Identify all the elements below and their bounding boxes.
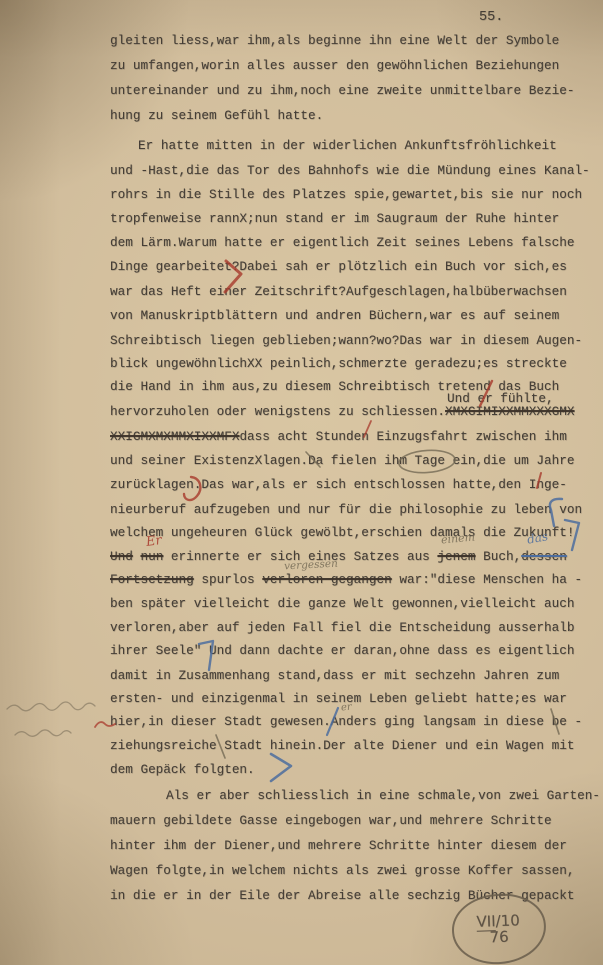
typescript-line: hervorzuholen oder wenigstens zu schlies… — [110, 404, 574, 420]
blue-chevron-folgten — [271, 754, 291, 781]
manuscript-page: 55. gleiten liess,war ihm,als beginne ih… — [0, 0, 603, 965]
typed-text: rohrs in die Stille des Platzes spie,gew… — [110, 187, 582, 202]
struck-text: nun — [140, 549, 163, 564]
typescript-line: ersten- und einzigenmal in seinem Leben … — [110, 691, 567, 707]
stamp-line-2: 76 — [490, 929, 510, 946]
typed-text: ziehungsreiche Stadt hinein.Der alte Die… — [110, 738, 574, 753]
typescript-line: verloren,aber auf jeden Fall fiel die En… — [110, 620, 574, 636]
typescript-line: blick ungewöhnlichXX peinlich,schmerzte … — [110, 356, 567, 372]
typed-text: welchem ungeheuren Glück gewölbt,erschie… — [110, 525, 574, 540]
typescript-line: tropfenweise rannX;nun stand er im Saugr… — [110, 211, 559, 227]
typescript-line: hier,in dieser Stadt gewesen.Anders ging… — [110, 714, 582, 730]
struck-text: dessen — [521, 549, 567, 564]
pencil-marginalia-line1 — [7, 702, 95, 711]
typed-text: damit in Zusammenhang stand,dass er mit … — [110, 668, 559, 683]
typescript-line: mauern gebildete Gasse eingebogen war,un… — [110, 813, 552, 829]
typescript-line: Schreibtisch liegen geblieben;wann?wo?Da… — [110, 333, 582, 349]
typed-text: dem Lärm.Warum hatte er eigentlich Zeit … — [110, 235, 574, 250]
typed-text: hier,in dieser Stadt gewesen.Anders ging… — [110, 714, 582, 729]
typed-text: spurlos — [194, 572, 263, 587]
typed-text: war:"diese Menschen ha - — [392, 572, 582, 587]
typescript-line: gleiten liess,war ihm,als beginne ihn ei… — [110, 33, 559, 49]
typescript-line: dem Lärm.Warum hatte er eigentlich Zeit … — [110, 235, 574, 251]
typescript-line: XXIGMXMXMMXIXXMFXdass acht Stunden Einzu… — [110, 429, 567, 445]
typescript-line: ben später vielleicht die ganze Welt gew… — [110, 596, 574, 612]
typed-text: zu umfangen,worin alles ausser den gewöh… — [110, 58, 559, 73]
typed-text: dem Gepäck folgten. — [110, 762, 255, 777]
typed-text: gleiten liess,war ihm,als beginne ihn ei… — [110, 33, 559, 48]
typescript-line: und -Hast,die das Tor des Bahnhofs wie d… — [110, 163, 590, 179]
typescript-line: hinter ihm der Diener,und mehrere Schrit… — [110, 838, 567, 854]
typed-text: nieurberuf aufzugeben und nur für die ph… — [110, 502, 582, 517]
typescript-line: zu umfangen,worin alles ausser den gewöh… — [110, 58, 559, 74]
typescript-line: und seiner ExistenzXlagen.Da fielen ihm … — [110, 453, 574, 469]
typed-text: Schreibtisch liegen geblieben;wann?wo?Da… — [110, 333, 582, 348]
struck-text: verloren gegangen — [262, 572, 391, 587]
typed-text: dass acht Stunden Einzugsfahrt zwischen … — [239, 429, 566, 444]
struck-text: Fortsetzung — [110, 572, 194, 587]
typescript-line: Als er aber schliesslich in eine schmale… — [166, 788, 600, 804]
handwritten-note-correction-das: das — [526, 529, 549, 546]
typed-text: Dinge gearbeitet?Dabei sah er plötzlich … — [110, 259, 567, 274]
typed-text: mauern gebildete Gasse eingebogen war,un… — [110, 813, 552, 828]
handwritten-note-correction-er-anders: er — [341, 702, 353, 714]
struck-text: XMXGIMIXXMMXXXGMX — [445, 404, 574, 419]
typed-text: ben später vielleicht die ganze Welt gew… — [110, 596, 574, 611]
typed-text: Buch, — [476, 549, 522, 564]
typed-text: blick ungewöhnlichXX peinlich,schmerzte … — [110, 356, 567, 371]
typed-text: verloren,aber auf jeden Fall fiel die En… — [110, 620, 574, 635]
typescript-line: untereinander und zu ihm,noch eine zweit… — [110, 83, 574, 99]
typed-text: ersten- und einzigenmal in seinem Leben … — [110, 691, 567, 706]
typescript-line: Wagen folgte,in welchem nichts als zwei … — [110, 863, 574, 879]
struck-text: XXIGMXMXMMXIXXMFX — [110, 429, 239, 444]
typed-text: war das Heft einer Zeitschrift?Aufgeschl… — [110, 284, 567, 299]
typed-text: Als er aber schliesslich in eine schmale… — [166, 788, 600, 803]
typed-text: hinter ihm der Diener,und mehrere Schrit… — [110, 838, 567, 853]
handwritten-note-correction-einem: einem — [440, 531, 475, 547]
typed-text: zurücklagen.Das war,als er sich entschlo… — [110, 477, 567, 492]
pencil-marginalia-line2 — [15, 730, 71, 736]
typescript-line: Fortsetzung spurlos verloren gegangen wa… — [110, 572, 582, 588]
typescript-line: welchem ungeheuren Glück gewölbt,erschie… — [110, 525, 574, 541]
typed-text: ihrer Seele" Und dann dachte er daran,oh… — [110, 643, 574, 658]
typescript-line: Er hatte mitten in der widerlichen Ankun… — [138, 138, 557, 154]
typescript-line: von Manuskriptblättern und andren Bücher… — [110, 308, 559, 324]
page-number: 55. — [479, 10, 503, 25]
typescript-line: ziehungsreiche Stadt hinein.Der alte Die… — [110, 738, 574, 754]
struck-text: jenem — [437, 549, 475, 564]
typescript-line: war das Heft einer Zeitschrift?Aufgeschl… — [110, 284, 567, 300]
typed-text: hung zu seinem Gefühl hatte. — [110, 108, 323, 123]
handwritten-note-correction-vergessen: vergessen — [284, 558, 338, 573]
typed-text: Er hatte mitten in der widerlichen Ankun… — [138, 138, 557, 153]
typescript-line: ihrer Seele" Und dann dachte er daran,oh… — [110, 643, 574, 659]
typescript-line: Und nun erinnerte er sich eines Satzes a… — [110, 549, 567, 565]
typescript-line: zurücklagen.Das war,als er sich entschlo… — [110, 477, 567, 493]
typed-text: und seiner ExistenzXlagen.Da fielen ihm … — [110, 453, 574, 468]
typed-text: Wagen folgte,in welchem nichts als zwei … — [110, 863, 574, 878]
typescript-line: nieurberuf aufzugeben und nur für die ph… — [110, 502, 582, 518]
typescript-line: damit in Zusammenhang stand,dass er mit … — [110, 668, 559, 684]
typed-text: tropfenweise rannX;nun stand er im Saugr… — [110, 211, 559, 226]
typed-text: und -Hast,die das Tor des Bahnhofs wie d… — [110, 163, 590, 178]
typescript-line: rohrs in die Stille des Platzes spie,gew… — [110, 187, 582, 203]
typescript-line: Dinge gearbeitet?Dabei sah er plötzlich … — [110, 259, 567, 275]
typescript-line: dem Gepäck folgten. — [110, 762, 255, 778]
typed-text: von Manuskriptblättern und andren Bücher… — [110, 308, 559, 323]
struck-text: Und — [110, 549, 133, 564]
handwritten-note-correction-er: Er — [145, 533, 163, 550]
typed-text: untereinander und zu ihm,noch eine zweit… — [110, 83, 574, 98]
typed-text: hervorzuholen oder wenigstens zu schlies… — [110, 404, 445, 419]
typescript-line: hung zu seinem Gefühl hatte. — [110, 108, 323, 124]
